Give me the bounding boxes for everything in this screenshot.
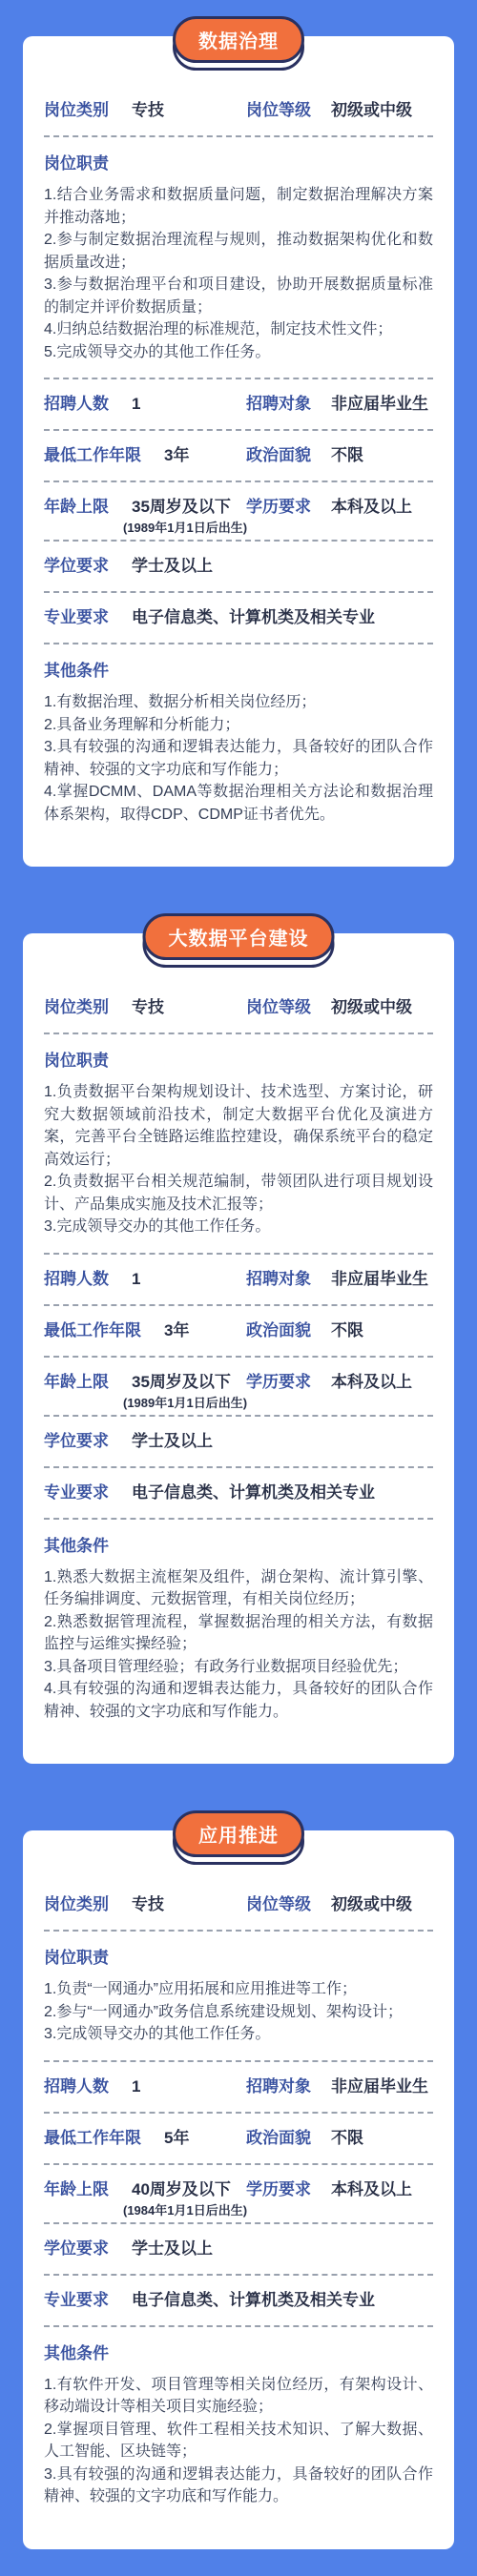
category-value: 专技 xyxy=(132,99,164,122)
education-pair: 学历要求 本科及以上 xyxy=(246,1371,433,1394)
list-item: 2.具备业务理解和分析能力； xyxy=(44,714,433,737)
category-label: 岗位类别 xyxy=(44,99,109,122)
grade-value: 初级或中级 xyxy=(331,99,412,122)
education-label: 学历要求 xyxy=(246,1371,311,1394)
dashed-divider xyxy=(44,643,433,644)
grade-value: 初级或中级 xyxy=(331,1893,412,1916)
other-list: 1.有数据治理、数据分析相关岗位经历；2.具备业务理解和分析能力；3.具有较强的… xyxy=(44,691,433,826)
min-years-value: 3年 xyxy=(164,1319,189,1342)
list-item: 1.负责数据平台架构规划设计、技术选型、方案讨论，研究大数据领域前沿技术，制定大… xyxy=(44,1081,433,1171)
list-item: 3.具有较强的沟通和逻辑表达能力，具备较好的团队合作精神、较强的文字功底和写作能… xyxy=(44,736,433,781)
years-political-row: 最低工作年限 5年 政治面貌 不限 xyxy=(44,2114,433,2163)
grade-value: 初级或中级 xyxy=(331,996,412,1019)
min-years-value: 3年 xyxy=(164,444,189,467)
political-value: 不限 xyxy=(331,444,363,467)
age-limit-value: 35周岁及以下 (1989年1月1日后出生) xyxy=(132,1371,247,1411)
age-limit-text: 35周岁及以下 xyxy=(132,1373,231,1391)
degree-row: 学位要求 学士及以上 xyxy=(44,542,433,591)
major-value: 电子信息类、计算机类及相关专业 xyxy=(132,1482,375,1504)
age-limit-text: 40周岁及以下 xyxy=(132,2180,231,2198)
political-value: 不限 xyxy=(331,1319,363,1342)
age-education-row: 年龄上限 35周岁及以下 (1989年1月1日后出生) 学历要求 本科及以上 xyxy=(44,482,433,540)
target-value: 非应届毕业生 xyxy=(331,1268,428,1291)
job-title: 数据治理 xyxy=(173,16,304,63)
major-row: 专业要求 电子信息类、计算机类及相关专业 xyxy=(44,1468,433,1518)
category-pair: 岗位类别 专技 xyxy=(44,1893,246,1916)
grade-pair: 岗位等级 初级或中级 xyxy=(246,99,433,122)
headcount-target-row: 招聘人数 1 招聘对象 非应届毕业生 xyxy=(44,379,433,429)
headcount-label: 招聘人数 xyxy=(44,393,109,416)
category-pair: 岗位类别 专技 xyxy=(44,996,246,1019)
job-title: 应用推进 xyxy=(173,1810,304,1857)
political-pair: 政治面貌 不限 xyxy=(246,2127,433,2150)
education-pair: 学历要求 本科及以上 xyxy=(246,496,433,519)
list-item: 4.归纳总结数据治理的标准规范，制定技术性文件； xyxy=(44,318,433,341)
list-item: 2.掌握项目管理、软件工程相关技术知识、了解大数据、人工智能、区块链等； xyxy=(44,2419,433,2464)
degree-label: 学位要求 xyxy=(44,1430,109,1453)
category-grade-row: 岗位类别 专技 岗位等级 初级或中级 xyxy=(44,983,433,1032)
category-value: 专技 xyxy=(132,1893,164,1916)
dashed-divider xyxy=(44,2325,433,2327)
degree-label: 学位要求 xyxy=(44,555,109,578)
list-item: 3.完成领导交办的其他工作任务。 xyxy=(44,1216,433,1238)
other-list: 1.熟悉大数据主流框架及组件，湖仓架构、流计算引擎、任务编排调度、元数据管理，有… xyxy=(44,1566,433,1724)
duties-label: 岗位职责 xyxy=(44,1947,433,1970)
list-item: 2.参与制定数据治理流程与规则，推动数据架构优化和数据质量改进； xyxy=(44,229,433,274)
job-title-pill: 应用推进 xyxy=(173,1810,304,1857)
political-label: 政治面貌 xyxy=(246,1319,311,1342)
education-value: 本科及以上 xyxy=(331,1371,412,1394)
headcount-label: 招聘人数 xyxy=(44,2075,109,2098)
degree-label: 学位要求 xyxy=(44,2238,109,2260)
duties-list: 1.负责“一网通办”应用拓展和应用推进等工作；2.参与“一网通办”政务信息系统建… xyxy=(44,1978,433,2046)
list-item: 2.负责数据平台相关规范编制，带领团队进行项目规划设计、产品集成实施及技术汇报等… xyxy=(44,1171,433,1216)
major-label: 专业要求 xyxy=(44,606,109,629)
list-item: 3.具有较强的沟通和逻辑表达能力，具备较好的团队合作精神、较强的文字功底和写作能… xyxy=(44,2464,433,2508)
list-item: 4.掌握DCMM、DAMA等数据治理相关方法论和数据治理体系架构，取得CDP、C… xyxy=(44,781,433,826)
job-title-pill: 大数据平台建设 xyxy=(143,913,335,960)
age-pair: 年龄上限 35周岁及以下 (1989年1月1日后出生) xyxy=(44,1371,246,1411)
age-education-row: 年龄上限 40周岁及以下 (1984年1月1日后出生) 学历要求 本科及以上 xyxy=(44,2165,433,2222)
grade-pair: 岗位等级 初级或中级 xyxy=(246,996,433,1019)
job-card-bigdata-platform: 大数据平台建设 岗位类别 专技 岗位等级 初级或中级 岗位职责 1.负责数据平台… xyxy=(23,933,454,1764)
list-item: 1.负责“一网通办”应用拓展和应用推进等工作； xyxy=(44,1978,433,2001)
major-row: 专业要求 电子信息类、计算机类及相关专业 xyxy=(44,593,433,643)
age-limit-label: 年龄上限 xyxy=(44,496,109,519)
list-item: 1.结合业务需求和数据质量问题，制定数据治理解决方案并推动落地； xyxy=(44,184,433,229)
age-limit-value: 40周岁及以下 (1984年1月1日后出生) xyxy=(132,2178,247,2218)
other-list: 1.有软件开发、项目管理等相关岗位经历，有架构设计、移动端设计等相关项目实施经验… xyxy=(44,2374,433,2508)
years-political-row: 最低工作年限 3年 政治面貌 不限 xyxy=(44,1306,433,1356)
headcount-pair: 招聘人数 1 xyxy=(44,2075,246,2098)
duties-label: 岗位职责 xyxy=(44,1050,433,1073)
major-pair: 专业要求 电子信息类、计算机类及相关专业 xyxy=(44,606,375,629)
other-label: 其他条件 xyxy=(44,660,433,683)
other-label: 其他条件 xyxy=(44,2342,433,2365)
education-value: 本科及以上 xyxy=(331,2178,412,2201)
duties-label: 岗位职责 xyxy=(44,153,433,175)
list-item: 1.熟悉大数据主流框架及组件，湖仓架构、流计算引擎、任务编排调度、元数据管理，有… xyxy=(44,1566,433,1611)
political-pair: 政治面貌 不限 xyxy=(246,444,433,467)
dashed-divider xyxy=(44,135,433,137)
job-title-pill: 数据治理 xyxy=(173,16,304,63)
category-grade-row: 岗位类别 专技 岗位等级 初级或中级 xyxy=(44,1880,433,1930)
target-value: 非应届毕业生 xyxy=(331,393,428,416)
dashed-divider xyxy=(44,1518,433,1520)
duties-list: 1.负责数据平台架构规划设计、技术选型、方案讨论，研究大数据领域前沿技术，制定大… xyxy=(44,1081,433,1238)
major-row: 专业要求 电子信息类、计算机类及相关专业 xyxy=(44,2276,433,2325)
min-years-pair: 最低工作年限 3年 xyxy=(44,1319,246,1342)
degree-pair: 学位要求 学士及以上 xyxy=(44,1430,213,1453)
target-label: 招聘对象 xyxy=(246,2075,311,2098)
list-item: 2.参与“一网通办”政务信息系统建设规划、架构设计； xyxy=(44,2001,433,2024)
min-years-value: 5年 xyxy=(164,2127,189,2150)
dashed-divider xyxy=(44,1930,433,1932)
age-education-row: 年龄上限 35周岁及以下 (1989年1月1日后出生) 学历要求 本科及以上 xyxy=(44,1358,433,1415)
headcount-pair: 招聘人数 1 xyxy=(44,393,246,416)
grade-label: 岗位等级 xyxy=(246,996,311,1019)
headcount-value: 1 xyxy=(132,393,140,416)
other-label: 其他条件 xyxy=(44,1535,433,1558)
headcount-label: 招聘人数 xyxy=(44,1268,109,1291)
target-label: 招聘对象 xyxy=(246,393,311,416)
headcount-pair: 招聘人数 1 xyxy=(44,1268,246,1291)
degree-value: 学士及以上 xyxy=(132,2238,213,2260)
political-pair: 政治面貌 不限 xyxy=(246,1319,433,1342)
headcount-target-row: 招聘人数 1 招聘对象 非应届毕业生 xyxy=(44,2062,433,2112)
age-pair: 年龄上限 35周岁及以下 (1989年1月1日后出生) xyxy=(44,496,246,536)
min-years-label: 最低工作年限 xyxy=(44,2127,141,2150)
list-item: 3.参与数据治理平台和项目建设，协助开展数据质量标准的制定并评价数据质量； xyxy=(44,274,433,318)
category-value: 专技 xyxy=(132,996,164,1019)
min-years-pair: 最低工作年限 3年 xyxy=(44,444,246,467)
duties-list: 1.结合业务需求和数据质量问题，制定数据治理解决方案并推动落地；2.参与制定数据… xyxy=(44,184,433,363)
headcount-value: 1 xyxy=(132,1268,140,1291)
major-label: 专业要求 xyxy=(44,1482,109,1504)
major-value: 电子信息类、计算机类及相关专业 xyxy=(132,2289,375,2312)
list-item: 3.具备项目管理经验；有政务行业数据项目经验优先； xyxy=(44,1656,433,1679)
target-value: 非应届毕业生 xyxy=(331,2075,428,2098)
education-value: 本科及以上 xyxy=(331,496,412,519)
headcount-target-row: 招聘人数 1 招聘对象 非应届毕业生 xyxy=(44,1255,433,1304)
target-label: 招聘对象 xyxy=(246,1268,311,1291)
list-item: 3.完成领导交办的其他工作任务。 xyxy=(44,2023,433,2046)
list-item: 4.具有较强的沟通和逻辑表达能力，具备较好的团队合作精神、较强的文字功底和写作能… xyxy=(44,1678,433,1723)
age-birth-note: (1989年1月1日后出生) xyxy=(123,520,247,536)
major-pair: 专业要求 电子信息类、计算机类及相关专业 xyxy=(44,1482,375,1504)
major-label: 专业要求 xyxy=(44,2289,109,2312)
list-item: 2.熟悉数据管理流程，掌握数据治理的相关方法，有数据监控与运维实操经验； xyxy=(44,1611,433,1656)
degree-row: 学位要求 学士及以上 xyxy=(44,2224,433,2274)
category-label: 岗位类别 xyxy=(44,1893,109,1916)
dashed-divider xyxy=(44,1032,433,1034)
list-item: 5.完成领导交办的其他工作任务。 xyxy=(44,341,433,364)
degree-row: 学位要求 学士及以上 xyxy=(44,1417,433,1466)
political-value: 不限 xyxy=(331,2127,363,2150)
degree-value: 学士及以上 xyxy=(132,1430,213,1453)
list-item: 1.有数据治理、数据分析相关岗位经历； xyxy=(44,691,433,714)
education-label: 学历要求 xyxy=(246,496,311,519)
major-pair: 专业要求 电子信息类、计算机类及相关专业 xyxy=(44,2289,375,2312)
grade-label: 岗位等级 xyxy=(246,1893,311,1916)
education-label: 学历要求 xyxy=(246,2178,311,2201)
recruitment-poster: 数据治理 岗位类别 专技 岗位等级 初级或中级 岗位职责 1.结合业务需求和数据… xyxy=(0,36,477,2549)
target-pair: 招聘对象 非应届毕业生 xyxy=(246,2075,433,2098)
degree-value: 学士及以上 xyxy=(132,555,213,578)
grade-pair: 岗位等级 初级或中级 xyxy=(246,1893,433,1916)
target-pair: 招聘对象 非应届毕业生 xyxy=(246,1268,433,1291)
age-birth-note: (1989年1月1日后出生) xyxy=(123,1395,247,1411)
age-birth-note: (1984年1月1日后出生) xyxy=(123,2202,247,2218)
job-title: 大数据平台建设 xyxy=(143,913,335,960)
target-pair: 招聘对象 非应届毕业生 xyxy=(246,393,433,416)
political-label: 政治面貌 xyxy=(246,2127,311,2150)
category-pair: 岗位类别 专技 xyxy=(44,99,246,122)
category-label: 岗位类别 xyxy=(44,996,109,1019)
min-years-pair: 最低工作年限 5年 xyxy=(44,2127,246,2150)
job-card-data-governance: 数据治理 岗位类别 专技 岗位等级 初级或中级 岗位职责 1.结合业务需求和数据… xyxy=(23,36,454,867)
job-card-application-promotion: 应用推进 岗位类别 专技 岗位等级 初级或中级 岗位职责 1.负责“一网通办”应… xyxy=(23,1830,454,2549)
education-pair: 学历要求 本科及以上 xyxy=(246,2178,433,2201)
category-grade-row: 岗位类别 专技 岗位等级 初级或中级 xyxy=(44,86,433,135)
years-political-row: 最低工作年限 3年 政治面貌 不限 xyxy=(44,431,433,480)
age-limit-value: 35周岁及以下 (1989年1月1日后出生) xyxy=(132,496,247,536)
grade-label: 岗位等级 xyxy=(246,99,311,122)
degree-pair: 学位要求 学士及以上 xyxy=(44,2238,213,2260)
major-value: 电子信息类、计算机类及相关专业 xyxy=(132,606,375,629)
age-limit-label: 年龄上限 xyxy=(44,1371,109,1394)
min-years-label: 最低工作年限 xyxy=(44,1319,141,1342)
list-item: 1.有软件开发、项目管理等相关岗位经历，有架构设计、移动端设计等相关项目实施经验… xyxy=(44,2374,433,2419)
headcount-value: 1 xyxy=(132,2075,140,2098)
age-limit-text: 35周岁及以下 xyxy=(132,498,231,516)
degree-pair: 学位要求 学士及以上 xyxy=(44,555,213,578)
political-label: 政治面貌 xyxy=(246,444,311,467)
age-pair: 年龄上限 40周岁及以下 (1984年1月1日后出生) xyxy=(44,2178,246,2218)
min-years-label: 最低工作年限 xyxy=(44,444,141,467)
age-limit-label: 年龄上限 xyxy=(44,2178,109,2201)
